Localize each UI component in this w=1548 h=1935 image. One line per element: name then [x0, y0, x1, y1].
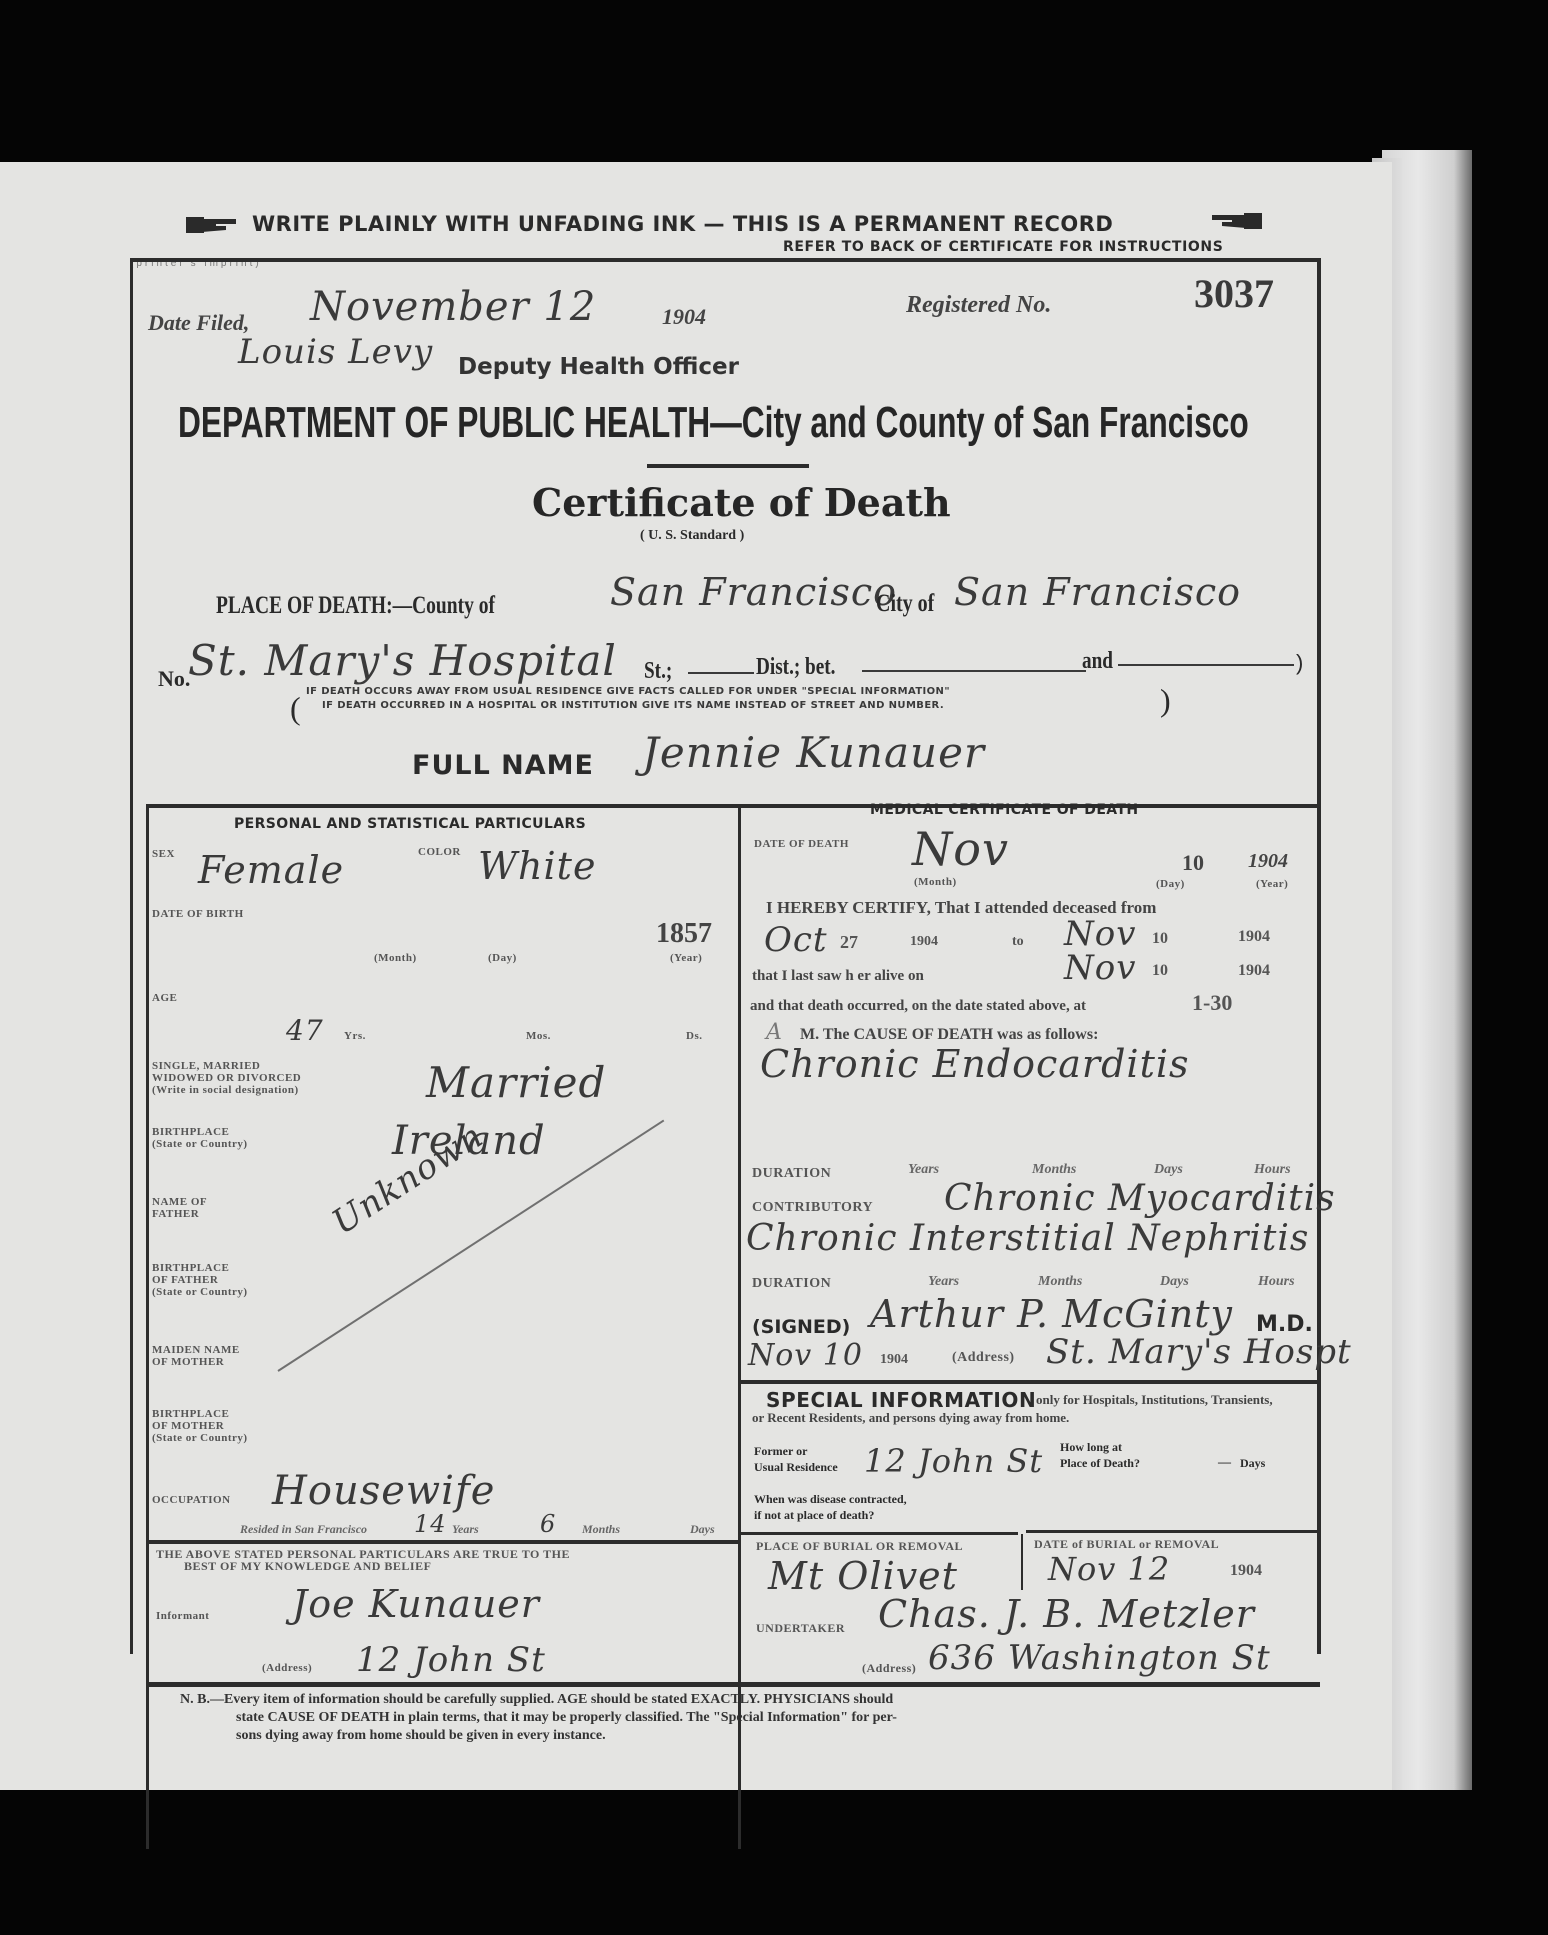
frame-left	[130, 258, 133, 1654]
color-label: COLOR	[418, 846, 461, 858]
district-blank	[862, 670, 1086, 672]
marital-label-3: (Write in social designation)	[152, 1084, 299, 1096]
undertaker-address-label: (Address)	[862, 1662, 916, 1674]
pointing-hand-icon-right	[1210, 210, 1262, 232]
registered-number: 3037	[1194, 270, 1274, 317]
attended-from-day: 27	[840, 932, 858, 953]
duration-years-2: Years	[928, 1274, 959, 1290]
refer-instructions: REFER TO BACK OF CERTIFICATE FOR INSTRUC…	[783, 239, 1223, 255]
resided-months-label: Months	[582, 1522, 620, 1537]
informant-label: Informant	[156, 1610, 209, 1622]
attended-to-day: 10	[1152, 930, 1168, 948]
mother-name-label-2: OF MOTHER	[152, 1356, 224, 1368]
certificate-title: Certificate of Death	[532, 480, 951, 525]
officer-signature: Louis Levy	[238, 332, 433, 372]
father-name-label-1: NAME OF	[152, 1196, 207, 1208]
attended-to-label: to	[1012, 934, 1024, 950]
last-saw-day: 10	[1152, 962, 1168, 980]
signed-year: 1904	[880, 1352, 908, 1368]
death-day-label: (Day)	[1156, 878, 1185, 890]
street-label: St.;	[644, 658, 672, 685]
contributory-label: CONTRIBUTORY	[752, 1202, 873, 1214]
former-residence-value: 12 John St	[864, 1442, 1043, 1480]
burial-divider-left	[740, 1532, 1018, 1535]
medical-heading: MEDICAL CERTIFICATE OF DEATH	[870, 802, 1139, 818]
date-filed-value: November 12	[310, 284, 596, 330]
death-certificate-page: WRITE PLAINLY WITH UNFADING INK — THIS I…	[0, 162, 1392, 1790]
informant-name: Joe Kunauer	[292, 1582, 540, 1626]
burial-divider-right	[1026, 1530, 1318, 1533]
burial-place-label: PLACE OF BURIAL OR REMOVAL	[756, 1540, 963, 1552]
death-year: 1904	[1248, 850, 1288, 873]
registered-label: Registered No.	[906, 292, 1051, 319]
marital-label-2: WIDOWED OR DIVORCED	[152, 1072, 301, 1084]
resided-months: 6	[540, 1510, 556, 1538]
mother-name-label-1: MAIDEN NAME	[152, 1344, 240, 1356]
place-county: San Francisco	[610, 570, 897, 614]
duration-hours-1: Hours	[1254, 1162, 1291, 1178]
physician-address-label: (Address)	[952, 1352, 1015, 1364]
father-bp-label-2: OF FATHER	[152, 1274, 218, 1286]
footer-note-3: sons dying away from home should be give…	[236, 1728, 606, 1744]
frame-right	[1317, 258, 1321, 1654]
section-divider	[148, 804, 1318, 808]
physician-address: St. Mary's Hospt	[1046, 1332, 1352, 1372]
district-label: Dist.; bet.	[756, 654, 835, 681]
footer-note-2: state CAUSE OF DEATH in plain terms, tha…	[236, 1710, 897, 1726]
undertaker-name: Chas. J. B. Metzler	[878, 1592, 1255, 1636]
birthplace-label-1: BIRTHPLACE	[152, 1126, 229, 1138]
pointing-hand-icon	[186, 214, 238, 236]
full-name-label: FULL NAME	[412, 750, 594, 781]
paren-close-note: )	[1160, 682, 1171, 719]
occupation-label: OCCUPATION	[152, 1494, 231, 1506]
occupation-value: Housewife	[272, 1468, 495, 1514]
attended-to-year: 1904	[1238, 928, 1270, 946]
age-years: 47	[286, 1014, 324, 1047]
attended-from-year: 1904	[910, 934, 938, 950]
former-residence-label-1: Former or	[754, 1444, 807, 1458]
burial-date: Nov 12	[1048, 1550, 1170, 1588]
birthplace-label-2: (State or Country)	[152, 1138, 248, 1150]
dob-label: DATE OF BIRTH	[152, 908, 244, 920]
how-long-value: —	[1218, 1454, 1231, 1470]
father-bp-label-3: (State or Country)	[152, 1286, 248, 1298]
duration-label-2: DURATION	[752, 1278, 831, 1290]
death-month-label: (Month)	[914, 876, 957, 888]
father-name-label-2: FATHER	[152, 1208, 199, 1220]
death-day: 10	[1182, 850, 1204, 876]
special-divider	[740, 1380, 1318, 1384]
personal-heading: PERSONAL AND STATISTICAL PARTICULARS	[234, 816, 586, 832]
date-filed-year: 1904	[662, 304, 706, 330]
title-rule	[647, 464, 809, 468]
age-mos-label: Mos.	[526, 1030, 551, 1042]
mother-bp-label-1: BIRTHPLACE	[152, 1408, 229, 1420]
officer-title: Deputy Health Officer	[458, 354, 739, 380]
contracted-label-2: if not at place of death?	[754, 1508, 874, 1523]
place-institution: St. Mary's Hospital	[188, 636, 617, 685]
resided-years: 14	[414, 1510, 447, 1538]
place-city: San Francisco	[954, 570, 1241, 614]
marital-label-1: SINGLE, MARRIED	[152, 1060, 260, 1072]
signed-label: (SIGNED)	[752, 1316, 850, 1338]
footer-note-1: N. B.—Every item of information should b…	[180, 1692, 893, 1708]
undertaker-label: UNDERTAKER	[756, 1622, 845, 1634]
inner-frame-left	[146, 804, 149, 1849]
special-note-2: or Recent Residents, and persons dying a…	[752, 1410, 1069, 1426]
cause-of-death: Chronic Endocarditis	[760, 1042, 1190, 1086]
occurred-text: and that death occurred, on the date sta…	[750, 998, 1086, 1015]
duration-months-2: Months	[1038, 1274, 1082, 1290]
death-month: Nov	[912, 822, 1009, 876]
date-of-death-label: DATE OF DEATH	[754, 838, 849, 850]
city-label: City of	[876, 590, 934, 618]
undertaker-address: 636 Washington St	[928, 1638, 1271, 1678]
age-label: AGE	[152, 992, 177, 1004]
duration-days-2: Days	[1160, 1274, 1189, 1290]
department-title: DEPARTMENT OF PUBLIC HEALTH—City and Cou…	[178, 398, 1249, 448]
informant-statement-2: BEST OF MY KNOWLEDGE AND BELIEF	[184, 1560, 431, 1572]
resided-days-label: Days	[690, 1522, 715, 1537]
place-of-death-label: PLACE OF DEATH:—County of	[216, 592, 495, 620]
us-standard: ( U. S. Standard )	[640, 528, 744, 544]
contributory-cause-1: Chronic Myocarditis	[944, 1178, 1336, 1219]
paren-open-note: (	[290, 690, 301, 727]
dob-day-label: (Day)	[488, 952, 517, 964]
dob-year-label: (Year)	[670, 952, 702, 964]
death-time: 1-30	[1192, 990, 1232, 1016]
contracted-label-1: When was disease contracted,	[754, 1492, 907, 1507]
color-value: White	[478, 844, 596, 888]
frame-top	[130, 258, 1320, 262]
physician-signature: Arthur P. McGinty	[870, 1292, 1233, 1336]
duration-months-1: Months	[1032, 1162, 1076, 1178]
death-year-label: (Year)	[1256, 878, 1288, 890]
and-blank	[1118, 664, 1294, 666]
resided-years-label: Years	[452, 1522, 479, 1537]
full-name-value: Jennie Kunauer	[642, 728, 985, 777]
resided-label: Resided in San Francisco	[240, 1522, 367, 1537]
how-long-days-label: Days	[1240, 1456, 1265, 1471]
frame-bottom	[146, 1682, 1320, 1687]
sex-label: SEX	[152, 848, 175, 860]
how-long-label-1: How long at	[1060, 1440, 1122, 1455]
informant-address: 12 John St	[356, 1640, 546, 1680]
former-residence-label-2: Usual Residence	[754, 1460, 838, 1474]
mother-bp-label-3: (State or Country)	[152, 1432, 248, 1444]
marital-value: Married	[426, 1058, 606, 1107]
last-saw-month: Nov	[1064, 948, 1136, 988]
place-note-2: IF DEATH OCCURRED IN A HOSPITAL OR INSTI…	[322, 700, 944, 711]
paren-close: )	[1296, 650, 1303, 676]
date-filed-label: Date Filed,	[148, 310, 249, 336]
special-note-1: only for Hospitals, Institutions, Transi…	[1036, 1392, 1273, 1408]
mother-bp-label-2: OF MOTHER	[152, 1420, 224, 1432]
street-blank	[688, 672, 754, 674]
duration-label-1: DURATION	[752, 1168, 831, 1180]
burial-year: 1904	[1230, 1562, 1262, 1580]
place-note-1: IF DEATH OCCURS AWAY FROM USUAL RESIDENC…	[306, 686, 950, 697]
banner-text: WRITE PLAINLY WITH UNFADING INK — THIS I…	[252, 212, 1113, 236]
father-bp-label-1: BIRTHPLACE	[152, 1262, 229, 1274]
age-ds-label: Ds.	[686, 1030, 702, 1042]
and-label: and	[1082, 648, 1113, 675]
informant-address-label: (Address)	[262, 1662, 312, 1674]
burial-column-divider	[1021, 1534, 1023, 1590]
how-long-label-2: Place of Death?	[1060, 1456, 1140, 1471]
dob-year: 1857	[656, 918, 712, 950]
duration-hours-2: Hours	[1258, 1274, 1295, 1290]
sex-value: Female	[198, 848, 344, 892]
number-label: No.	[158, 666, 190, 692]
informant-divider	[148, 1540, 740, 1544]
special-heading: SPECIAL INFORMATION	[766, 1388, 1036, 1412]
age-yrs-label: Yrs.	[344, 1030, 366, 1042]
signed-date: Nov 10	[748, 1338, 863, 1373]
dob-month-label: (Month)	[374, 952, 417, 964]
duration-years-1: Years	[908, 1162, 939, 1178]
last-saw-text: that I last saw h er alive on	[752, 968, 924, 985]
burial-date-label: DATE of BURIAL or REMOVAL	[1034, 1538, 1219, 1550]
contributory-cause-2: Chronic Interstitial Nephritis	[746, 1218, 1309, 1259]
last-saw-year: 1904	[1238, 962, 1270, 980]
duration-days-1: Days	[1154, 1162, 1183, 1178]
attended-from-month: Oct	[764, 920, 828, 960]
